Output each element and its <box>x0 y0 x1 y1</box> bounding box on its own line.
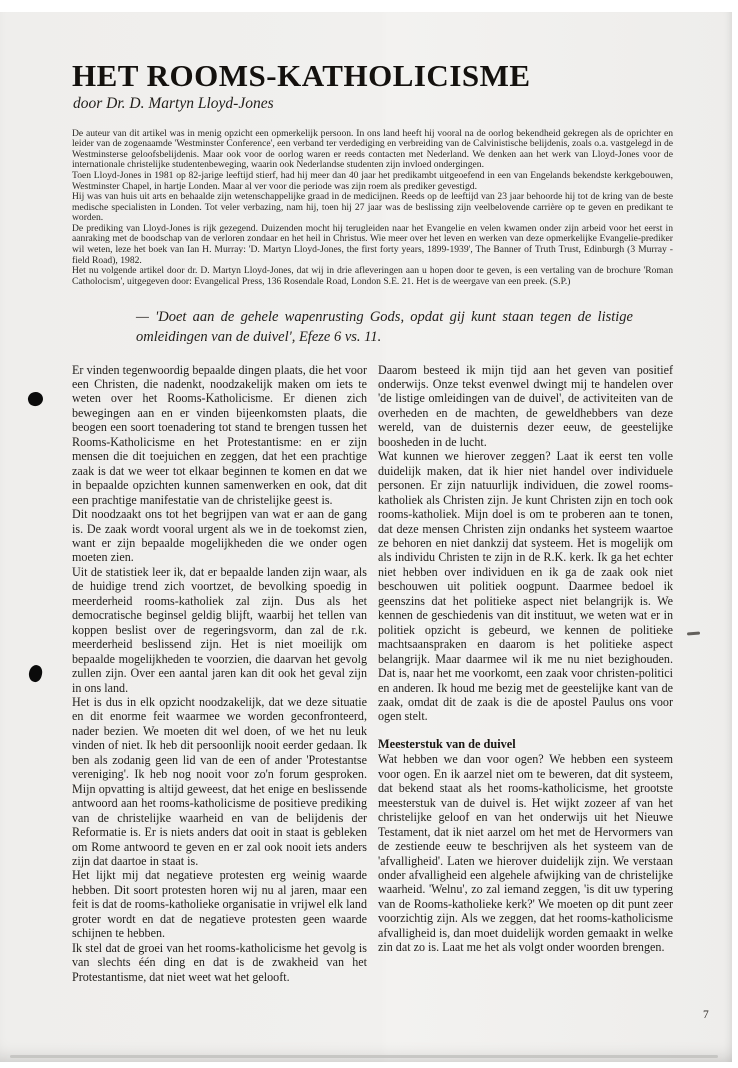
paragraph: Uit de statistiek leer ik, dat er bepaal… <box>72 565 367 695</box>
paragraph: Wat kunnen we hierover zeggen? Laat ik e… <box>378 449 673 724</box>
intro-block: De auteur van dit artikel was in menig o… <box>72 129 673 288</box>
body-columns: Er vinden tegenwoordig bepaalde dingen p… <box>72 363 673 984</box>
hole-punch-icon <box>27 664 44 684</box>
right-column-bottom: Wat hebben we dan voor ogen? We hebben e… <box>378 752 673 954</box>
page-number: 7 <box>703 1009 709 1021</box>
paragraph: Ik stel dat de groei van het rooms-katho… <box>72 941 367 984</box>
article-byline: door Dr. D. Martyn Lloyd-Jones <box>73 95 673 113</box>
paragraph: De prediking van Lloyd-Jones is rijk gez… <box>72 224 673 266</box>
paragraph: Toen Lloyd-Jones in 1981 op 82-jarige le… <box>72 171 673 192</box>
paragraph: Er vinden tegenwoordig bepaalde dingen p… <box>72 363 367 508</box>
paragraph: De auteur van dit artikel was in menig o… <box>72 129 673 171</box>
left-column: Er vinden tegenwoordig bepaalde dingen p… <box>72 363 367 984</box>
right-column-top: Daarom besteed ik mijn tijd aan het geve… <box>378 363 673 724</box>
paragraph: Het nu volgende artikel door dr. D. Mart… <box>72 266 673 287</box>
section-heading: Meesterstuk van de duivel <box>378 737 673 751</box>
right-column: Daarom besteed ik mijn tijd aan het geve… <box>378 363 673 984</box>
hole-punch-icon <box>26 390 45 408</box>
paragraph: Het is dus in elk opzicht noodzakelijk, … <box>72 695 367 868</box>
margin-mark <box>687 632 700 635</box>
paragraph: Daarom besteed ik mijn tijd aan het geve… <box>378 363 673 450</box>
scanned-document: HET ROOMS-KATHOLICISME door Dr. D. Marty… <box>0 0 738 1068</box>
article-title: HET ROOMS-KATHOLICISME <box>72 60 673 93</box>
article-content: HET ROOMS-KATHOLICISME door Dr. D. Marty… <box>72 12 673 984</box>
scripture-quote: — 'Doet aan de gehele wapenrusting Gods,… <box>136 308 633 347</box>
paragraph: Dit noodzaakt ons tot het begrijpen van … <box>72 507 367 565</box>
document-page: HET ROOMS-KATHOLICISME door Dr. D. Marty… <box>0 12 732 1062</box>
paragraph: Hij was van huis uit arts en behaalde zi… <box>72 192 673 224</box>
paragraph: Het lijkt mij dat negatieve protesten er… <box>72 868 367 940</box>
paragraph: Wat hebben we dan voor ogen? We hebben e… <box>378 752 673 954</box>
